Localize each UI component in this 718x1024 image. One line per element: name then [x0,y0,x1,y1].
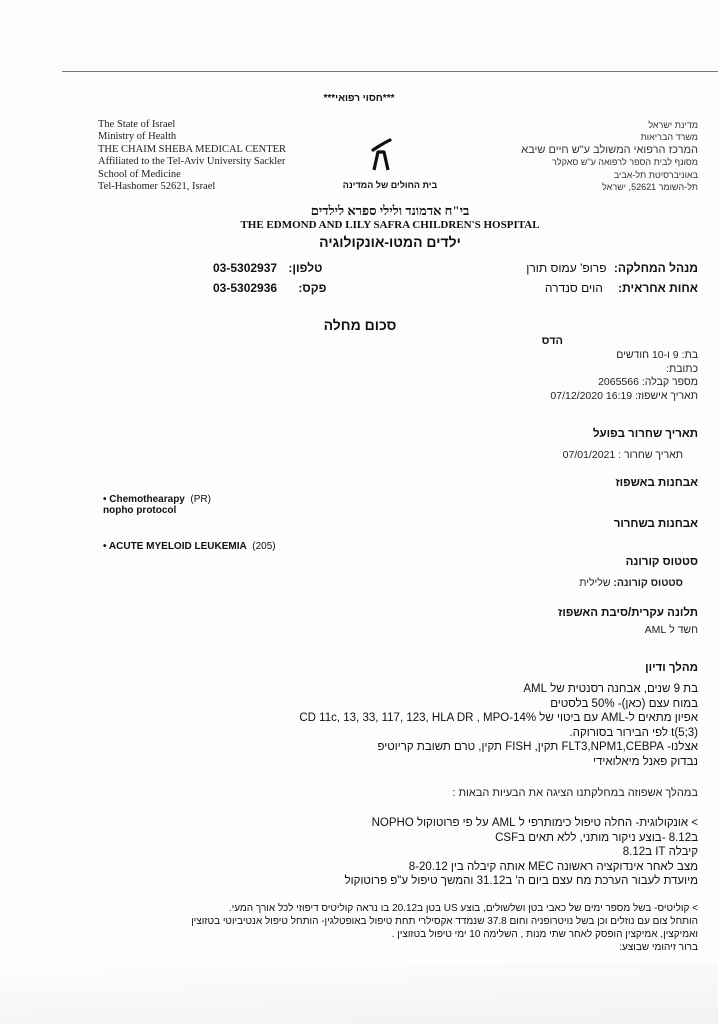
admission-number-value: 2065566 [598,376,639,388]
oncology-problem: > אונקולוגית- החלה טיפול כימותרפי ל AML … [248,816,698,889]
problem-line: קיבלה IT ב8.12 [248,845,698,860]
discharge-diagnoses-heading: אבחנות בשחרור [614,518,698,530]
phone-number: 03-5302937 [213,261,277,275]
letterhead-line: מדינת ישראל [521,119,698,131]
problem-line: הותחל צום עם נוזלים וכן בשל נויטרופניה ו… [0,915,698,928]
course-heading: מהלך ודיון [645,662,698,674]
letterhead-line: באוניברסיטת תל-אביב [521,169,698,181]
corona-status-row: סטטוס קורונה: שלילית [579,577,683,591]
problems-intro: במהלך אשפוזה במחלקתנו הציגה את הבעיות הב… [452,787,698,801]
phone: טלפון: 03-5302937 [213,261,322,275]
problem-line: ואמיקצין, אמיקצין הופסק לאחר שתי מנות , … [0,928,698,941]
problem-line: > אונקולוגית- החלה טיפול כימותרפי ל AML … [248,816,698,831]
letterhead-line: מסונף לבית הספר לרפואה ע"ש סאקלר [521,156,698,168]
course-line: אצלנו- FLT3,NPM1,CEBPA תקין, FISH תקין, … [218,740,698,755]
page-top-rule [62,71,718,72]
problem-line: ב8.12 -בוצע ניקור מותני, ללא תאים בCSF [248,831,698,846]
head-nurse: אחות אחראית: הוים סנדרה [545,281,698,295]
diagnosis-code: (PR) [190,494,211,505]
fax-label: פקס: [298,281,326,295]
logo-caption: בית החולים של המדינה [320,180,460,190]
letterhead-line: תל-השומר 52621, ישראל [521,181,698,193]
patient-details: בת: 9 ו-10 חודשים כתובת: מספר קבלה: 2065… [550,349,698,403]
corona-status-label: סטטוס קורונה: [613,577,683,589]
scan-shadow [0,964,718,1024]
age-value: 9 ו-10 חודשים [616,349,678,361]
letterhead-line: School of Medicine [98,169,286,181]
address-label: כתובת: [666,363,698,375]
discharge-date-row: תאריך שחרור : 07/01/2021 [563,449,683,463]
problem-line: ברור זיהומי שבוצע: [0,941,698,954]
chief-complaint-value: חשד ל AML [645,624,698,638]
diagnosis-code: (205) [252,541,275,552]
discharge-date-heading: תאריך שחרור בפועל [593,428,698,440]
course-line: בת 9 שנים, אבחנה רסנטית של AML [218,682,698,697]
admission-diagnosis-item: • Chemothearapy (PR) nopho protocol [103,494,211,516]
patient-name: הדס [542,335,563,347]
sheba-logo-icon [368,138,394,172]
discharge-diagnosis-item: • ACUTE MYELOID LEUKEMIA (205) [103,541,276,552]
course-line: נבדוק פאנל מיאלואידי [218,755,698,770]
letterhead-line: Ministry of Health [98,131,286,143]
corona-status-heading: סטטוס קורונה [626,556,698,568]
hospital-name-hebrew: בי"ח אדמונד ולילי ספרא לילדים [200,203,580,219]
phone-label: טלפון: [288,261,322,275]
admission-date-row: תאריך אישפוז: 07/12/2020 16:19 [550,390,698,404]
diagnosis-name: ACUTE MYELOID LEUKEMIA [109,541,247,552]
chief-complaint-heading: תלונה עקרית/סיבת האשפוז [558,607,698,619]
patient-address-row: כתובת: [550,363,698,377]
problem-line: > קוליטיס- בשל מספר ימים של כאבי בטן ושל… [0,902,698,915]
hebrew-letterhead: מדינת ישראל משרד הבריאות המרכז הרפואי המ… [521,119,698,193]
department-name: ילדים המטו-אונקולוגיה [200,234,580,250]
letterhead-line: המרכז הרפואי המשולב ע"ש חיים שיבא [521,144,698,156]
diagnosis-note: nopho protocol [103,505,211,516]
colitis-problem: > קוליטיס- בשל מספר ימים של כאבי בטן ושל… [0,902,698,954]
admission-date-value: 07/12/2020 16:19 [550,390,632,404]
admission-diagnoses-heading: אבחנות באשפוז [615,477,698,489]
letterhead-line: The State of Israel [98,119,286,131]
letterhead-line: Tel-Hashomer 52621, Israel [98,181,286,193]
corona-status-value: שלילית [579,577,610,589]
fax: פקס: 03-5302936 [213,281,326,295]
nurse-value: הוים סנדרה [545,281,603,295]
patient-age-row: בת: 9 ו-10 חודשים [550,349,698,363]
discharge-date-label: תאריך שחרור : [618,449,683,461]
director-value: פרופ' עמוס תורן [526,261,606,275]
admission-number-row: מספר קבלה: 2065566 [550,376,698,390]
course-line: t(5;3) לפי הבירור בסורוקה. [218,726,698,741]
course-text: בת 9 שנים, אבחנה רסנטית של AML במוח עצם … [218,682,698,770]
document-title: סכום מחלה [250,317,470,333]
problem-line: מיועדת לעבור הערכת מח עצם ביום ה' ב31.12… [248,874,698,889]
course-line: אפיון מתאים ל-AML עם ביטוי של CD 11c, 13… [218,711,698,726]
admission-date-label: תאריך אישפוז: [635,390,698,402]
letterhead-line: משרד הבריאות [521,131,698,143]
hospital-name-english: THE EDMOND AND LILY SAFRA CHILDREN'S HOS… [200,219,580,231]
director-label: מנהל המחלקה: [614,261,698,275]
letterhead-line: Affiliated to the Tel-Aviv University Sa… [98,156,286,168]
department-director: מנהל המחלקה: פרופ' עמוס תורן [526,261,698,275]
letterhead-line: THE CHAIM SHEBA MEDICAL CENTER [98,144,286,156]
fax-number: 03-5302936 [213,281,277,295]
discharge-date-value: 07/01/2021 [563,449,616,463]
problem-line: מצב לאחר אינדוקציה ראשונה MEC אותה קיבלה… [248,860,698,875]
confidential-banner: ***חסוי רפואי*** [0,93,718,104]
course-line: במוח עצם (כאן)- 50% בלסטים [218,697,698,712]
admission-number-label: מספר קבלה: [642,376,698,388]
diagnosis-name: Chemothearapy [109,494,185,505]
english-letterhead: The State of Israel Ministry of Health T… [98,119,286,193]
nurse-label: אחות אחראית: [618,281,698,295]
age-label: בת: [682,349,698,361]
